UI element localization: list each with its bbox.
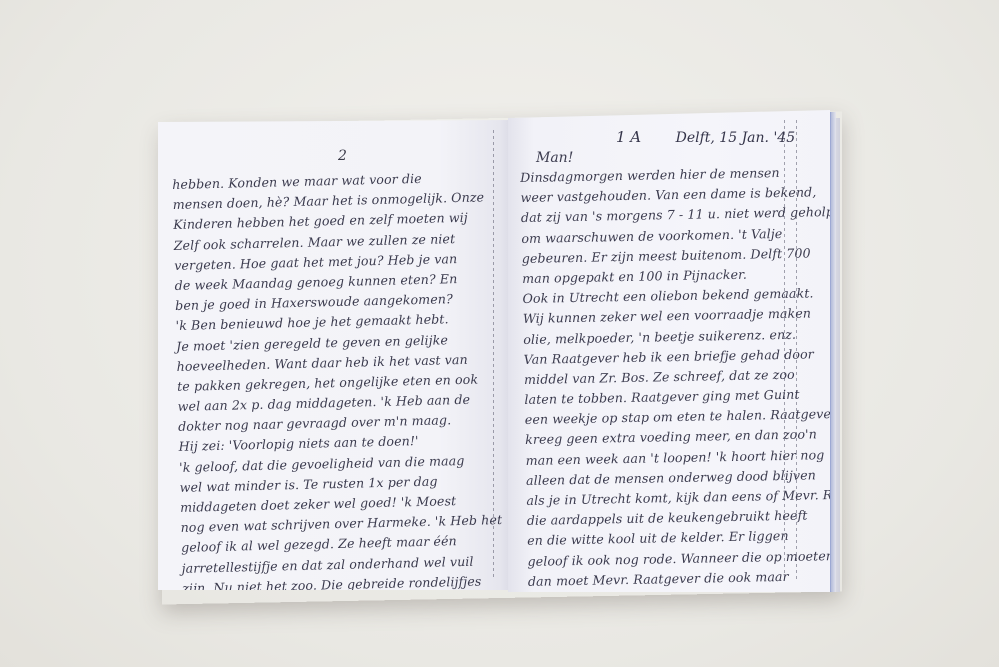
salutation: Man! [536,150,573,166]
handwritten-text-block: Dinsdagmorgen werden hier de mensen weer… [520,161,830,591]
page-number: 2 [338,148,347,164]
left-page: 2 hebben. Konden we maar wat voor die me… [158,120,510,590]
right-page: 1 A Delft, 15 Jan. '45 Man! Dinsdagmorge… [508,110,830,592]
handwritten-text-block: hebben. Konden we maar wat voor die mens… [172,167,505,590]
open-booklet: 2 hebben. Konden we maar wat voor die me… [0,0,999,667]
place-date: Delft, 15 Jan. '45 [676,130,796,146]
letter-header: 1 A Delft, 15 Jan. '45 [616,128,795,146]
photo-background: 2 hebben. Konden we maar wat voor die me… [0,0,999,667]
page-number: 1 A [616,128,641,146]
